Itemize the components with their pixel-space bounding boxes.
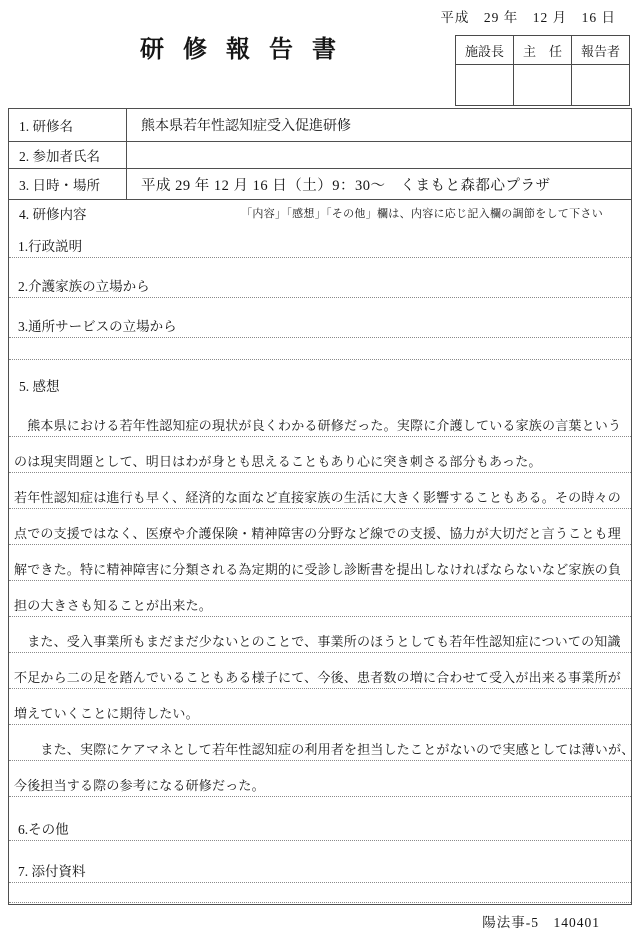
row-participants: 2. 参加者氏名 [9, 142, 631, 169]
impressions-line-5: 解できた。特に精神障害に分類される為定期的に受診し診断書を提出しなければならない… [9, 545, 631, 581]
training-name-label: 1. 研修名 [9, 109, 127, 141]
section4-label: 4. 研修内容 [19, 203, 87, 223]
impressions-line-8: 不足から二の足を踏んでいることもある様子にて、今後、患者数の増に合わせて受入が出… [9, 653, 631, 689]
stamp-cell-facility-head [456, 65, 514, 106]
section7-attachments: 7. 添付資料 [9, 841, 631, 883]
participants-value [127, 142, 631, 168]
impressions-line-4: 点での支援ではなく、医療や介護保険・精神障害の分野など線での支援、協力が大切だと… [9, 509, 631, 545]
stamp-cell-chief [514, 65, 572, 106]
stamp-cell-reporter [572, 65, 630, 106]
section5-label: 5. 感想 [9, 360, 631, 401]
document-code: 陽法事-5 140401 [482, 911, 600, 931]
impressions-line-11: 今後担当する際の参考になる研修だった。 [9, 761, 631, 797]
impressions-line-2: のは現実問題として、明日はわが身とも思えることもあり心に突き刺さる部分もあった。 [9, 437, 631, 473]
stamp-empty-row [456, 65, 630, 106]
content-item-1: 1.行政説明 [9, 226, 631, 258]
stamp-col-facility-head: 施設長 [456, 36, 514, 65]
section4-note: 「内容」「感想」「その他」欄は、内容に応じ記入欄の調節をして下さい [241, 205, 631, 221]
impressions-line-3: 若年性認知症は進行も早く、経済的な面など直接家族の生活に大きく影響することもある… [9, 473, 631, 509]
section-content: 4. 研修内容 「内容」「感想」「その他」欄は、内容に応じ記入欄の調節をして下さ… [9, 200, 631, 903]
content-blank-line [9, 338, 631, 360]
stamp-col-chief: 主 任 [514, 36, 572, 65]
impressions-line-6: 担の大きさも知ることが出来た。 [9, 581, 631, 617]
document-date: 平成 29 年 12 月 16 日 [440, 6, 616, 26]
approval-stamp-table: 施設長 主 任 報告者 [455, 35, 630, 106]
impressions-line-7: また、受入事業所もまだまだ少ないとのことで、事業所のほうとしても若年性認知症につ… [9, 617, 631, 653]
stamp-col-reporter: 報告者 [572, 36, 630, 65]
section4-header: 4. 研修内容 「内容」「感想」「その他」欄は、内容に応じ記入欄の調節をして下さ… [9, 200, 631, 226]
row-datetime-place: 3. 日時・場所 平成 29 年 12 月 16 日（土）9：30～ くまもと森… [9, 169, 631, 200]
content-item-2: 2.介護家族の立場から [9, 258, 631, 298]
report-form-table: 1. 研修名 熊本県若年性認知症受入促進研修 2. 参加者氏名 3. 日時・場所… [8, 108, 632, 905]
stamp-header-row: 施設長 主 任 報告者 [456, 36, 630, 65]
participants-label: 2. 参加者氏名 [9, 142, 127, 168]
section6-other: 6.その他 [9, 797, 631, 841]
training-report-page: 平成 29 年 12 月 16 日 研修報告書 施設長 主 任 報告者 1. 研… [0, 0, 640, 938]
datetime-place-value: 平成 29 年 12 月 16 日（土）9：30～ くまもと森都心プラザ [127, 169, 631, 199]
datetime-place-label: 3. 日時・場所 [9, 169, 127, 199]
content-item-3: 3.通所サービスの立場から [9, 298, 631, 338]
impressions-line-10: また、実際にケアマネとして若年性認知症の利用者を担当したことがないので実感として… [9, 725, 631, 761]
training-name-value: 熊本県若年性認知症受入促進研修 [127, 109, 631, 141]
page-title: 研修報告書 [140, 29, 355, 64]
row-training-name: 1. 研修名 熊本県若年性認知症受入促進研修 [9, 109, 631, 142]
impressions-line-1: 熊本県における若年性認知症の現状が良くわかる研修だった。実際に介護している家族の… [9, 401, 631, 437]
impressions-line-9: 増えていくことに期待したい。 [9, 689, 631, 725]
bottom-blank-line [9, 883, 631, 903]
